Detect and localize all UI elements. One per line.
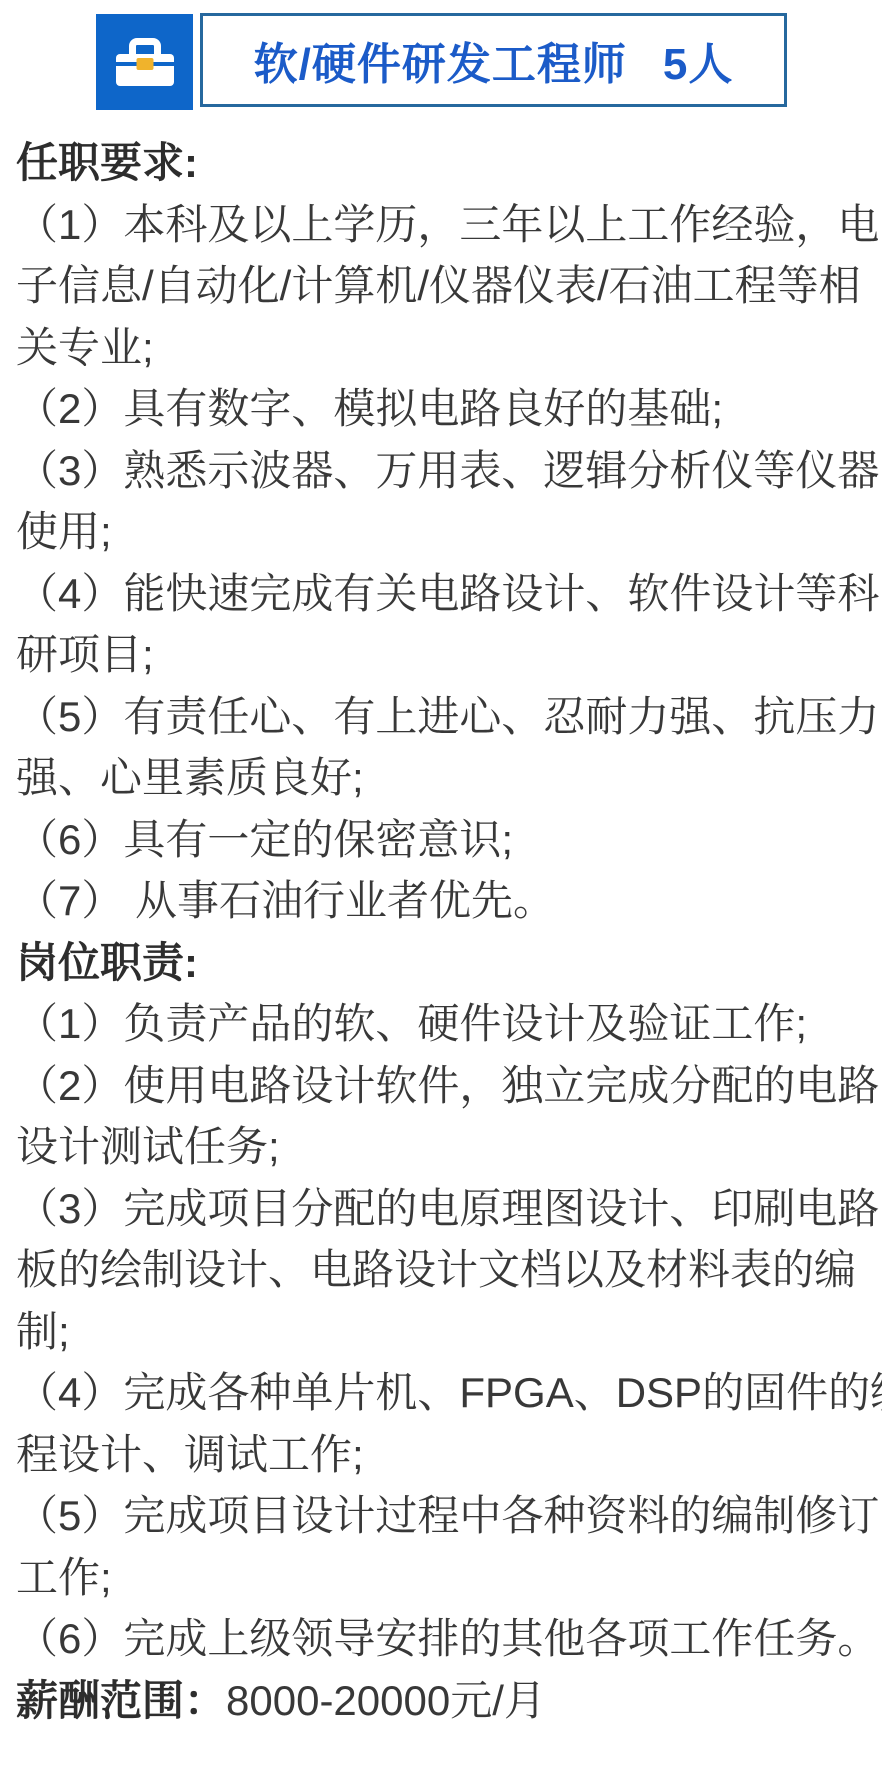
text-line: （6）完成上级领导安排的其他各项工作任务。	[16, 1608, 876, 1670]
job-title: 软/硬件研发工程师	[254, 28, 627, 92]
text-line: 强、心里素质良好;	[16, 747, 876, 809]
text-line: （3）完成项目分配的电原理图设计、印刷电路	[16, 1178, 876, 1240]
job-headcount: 5人	[663, 28, 733, 92]
text-line: 子信息/自动化/计算机/仪器仪表/石油工程等相	[16, 255, 876, 317]
text-line: （6）具有一定的保密意识;	[16, 809, 876, 871]
text-line: （7） 从事石油行业者优先。	[16, 870, 876, 932]
text-line: （2）具有数字、模拟电路良好的基础;	[16, 378, 876, 440]
salary-value: 8000-20000元/月	[226, 1677, 546, 1724]
text-line: 研项目;	[16, 624, 876, 686]
text-line: 设计测试任务;	[16, 1116, 876, 1178]
text-line: 板的绘制设计、电路设计文档以及材料表的编	[16, 1239, 876, 1301]
text-line: （5）完成项目设计过程中各种资料的编制修订	[16, 1485, 876, 1547]
text-line: 工作;	[16, 1547, 876, 1609]
text-line: （2）使用电路设计软件，独立完成分配的电路	[16, 1055, 876, 1117]
text-line: 程设计、调试工作;	[16, 1424, 876, 1486]
text-line: 关专业;	[16, 317, 876, 379]
section-heading-requirements: 任职要求:	[16, 132, 876, 194]
salary-label: 薪酬范围：	[16, 1677, 226, 1724]
text-line: （3）熟悉示波器、万用表、逻辑分析仪等仪器	[16, 440, 876, 502]
briefcase-icon	[96, 14, 193, 110]
text-line: （4）完成各种单片机、FPGA、DSP的固件的编	[16, 1362, 876, 1424]
text-line: （5）有责任心、有上进心、忍耐力强、抗压力	[16, 686, 876, 748]
briefcase-clasp-icon	[136, 58, 153, 70]
text-line: 制;	[16, 1301, 876, 1363]
job-description: 任职要求: （1）本科及以上学历，三年以上工作经验，电子信息/自动化/计算机/仪…	[16, 132, 876, 1731]
text-line: （4）能快速完成有关电路设计、软件设计等科	[16, 563, 876, 625]
text-line: 使用;	[16, 501, 876, 563]
duties-lines: （1）负责产品的软、硬件设计及验证工作;（2）使用电路设计软件，独立完成分配的电…	[16, 993, 876, 1670]
requirements-lines: （1）本科及以上学历，三年以上工作经验，电子信息/自动化/计算机/仪器仪表/石油…	[16, 194, 876, 932]
job-posting-page: 软/硬件研发工程师 5人 任职要求: （1）本科及以上学历，三年以上工作经验，电…	[0, 0, 882, 1765]
text-line: （1）本科及以上学历，三年以上工作经验，电	[16, 194, 876, 256]
briefcase-body-icon	[116, 54, 174, 86]
section-heading-duties: 岗位职责:	[16, 932, 876, 994]
salary-line: 薪酬范围：8000-20000元/月	[16, 1670, 876, 1732]
text-line: （1）负责产品的软、硬件设计及验证工作;	[16, 993, 876, 1055]
job-title-box: 软/硬件研发工程师 5人	[200, 13, 787, 107]
